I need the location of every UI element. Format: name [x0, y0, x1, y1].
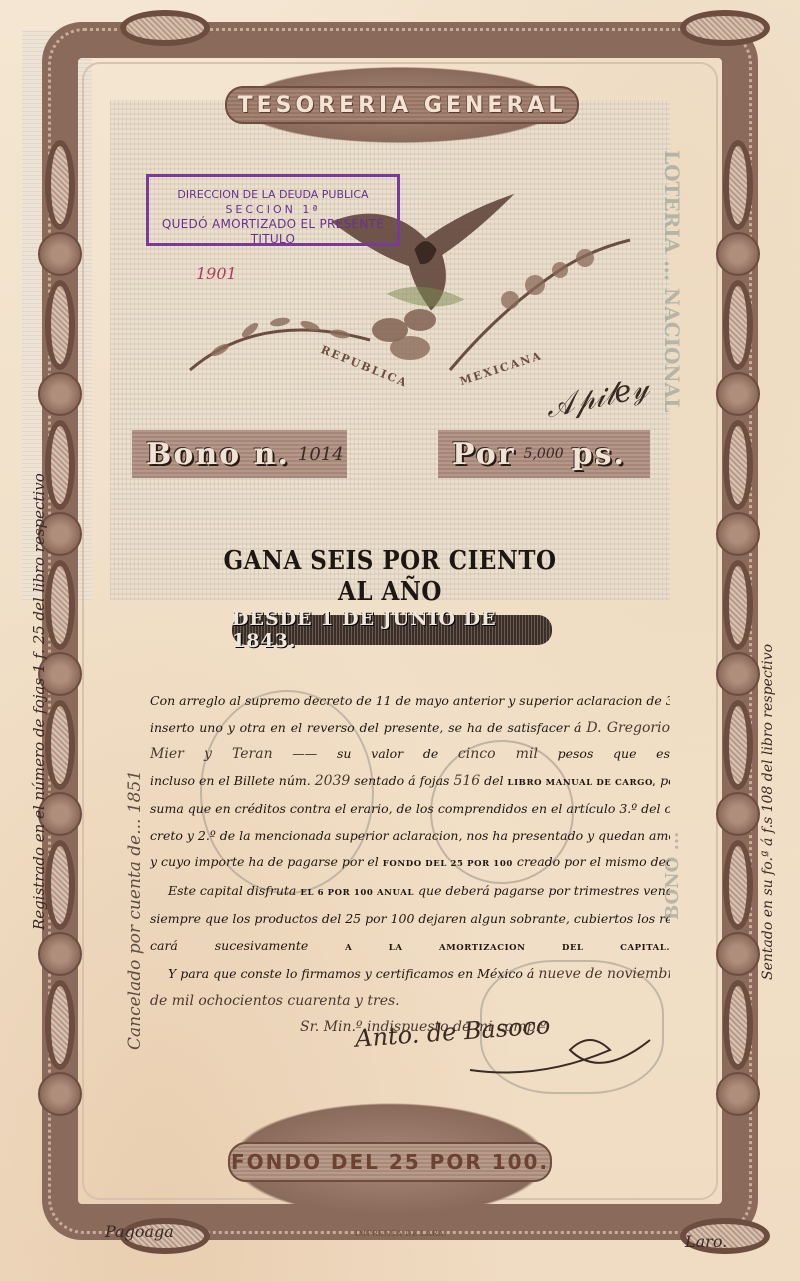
border-oval-ornament: [723, 980, 753, 1070]
body-line: suma que en créditos contra el erario, d…: [150, 796, 670, 823]
signature-bottom-left: Pagoaga: [105, 1222, 174, 1241]
bond-number-label: Bono n.: [146, 437, 290, 472]
printed-text: y cuyo importe ha de pagarse por el: [150, 854, 383, 869]
printed-text: —— su valor de: [273, 746, 458, 761]
small-caps-text: EL 6 POR 100 ANUAL: [300, 888, 414, 898]
amount-panel: Por 5,000 ps.: [438, 430, 650, 478]
printed-text: pesos que es: [538, 746, 670, 761]
printed-text: que deberá pagarse por trimestres vencid…: [414, 883, 670, 898]
watermark-vertical-upper: LOTERIA ... NACIONAL: [660, 150, 684, 570]
interest-heading: GANA SEIS POR CIENTO AL AÑO: [205, 545, 575, 607]
printed-text: y superior aclaracion de 31 del mismo,: [504, 693, 670, 708]
border-oval-ornament: [45, 280, 75, 370]
border-oval-ornament: [723, 840, 753, 930]
body-line: siempre que los productos del 25 por 100…: [150, 906, 670, 933]
printer-imprint: IMPRENTA DE LARA.: [355, 1229, 447, 1238]
margin-note-left: Registrado en el número de fojas 1 f. 25…: [30, 370, 48, 930]
small-caps-text: A LA AMORTIZACION DEL CAPITAL.: [345, 943, 670, 953]
handwritten-entry: nueve de noviembre: [538, 966, 670, 982]
body-line: Este capital disfruta EL 6 POR 100 ANUAL…: [150, 878, 670, 907]
border-oval-ornament: [45, 420, 75, 510]
border-oval-ornament: [723, 280, 753, 370]
border-knot-ornament: [716, 932, 760, 976]
signature-bottom-right: Laro.: [685, 1232, 727, 1251]
bond-body-text: Con arreglo al supremo decreto de 11 de …: [150, 688, 670, 1041]
signature-flourish-icon: [460, 1010, 660, 1090]
printed-text: siempre que los productos del 25 por 100…: [150, 911, 670, 926]
footer-title: FONDO DEL 25 POR 100.: [231, 1150, 549, 1174]
body-line: Y para que conste lo firmamos y certific…: [150, 961, 670, 988]
amount-suffix: ps.: [572, 437, 626, 472]
border-knot-ornament: [716, 512, 760, 556]
body-line: Con arreglo al supremo decreto de 11 de …: [150, 688, 670, 715]
border-oval-ornament: [680, 10, 770, 46]
border-knot-ornament: [38, 932, 82, 976]
handwritten-entry: 2039: [315, 773, 351, 789]
handwritten-entry: 516: [453, 773, 480, 789]
stamp-handwritten-number: 1901: [196, 264, 237, 283]
border-knot-ornament: [38, 232, 82, 276]
border-oval-ornament: [723, 420, 753, 510]
bond-number-value: 1014: [298, 444, 344, 465]
header-banner: TESORERIA GENERAL: [225, 86, 579, 124]
printed-text: suma que en créditos contra el erario, d…: [150, 801, 670, 816]
stamp-line-2: SECCION 1ª: [149, 202, 397, 217]
date-banner-text: DESDE 1 DE JUNIO DE 1843.: [232, 608, 552, 652]
small-caps-text: FONDO DEL 25 POR 100: [383, 859, 513, 869]
border-oval-ornament: [723, 560, 753, 650]
printed-text: creto y 2.º de la mencionada superior ac…: [150, 828, 670, 843]
border-oval-ornament: [45, 980, 75, 1070]
body-line: cará sucesivamente A LA AMORTIZACION DEL…: [150, 933, 670, 962]
margin-note-right: Sentado en su fo.ª á f.s 108 del libro r…: [760, 420, 776, 980]
handwritten-entry: cinco mil: [458, 746, 538, 762]
stamp-line-3: QUEDÓ AMORTIZADO EL PRESENTE TITULO: [149, 217, 397, 247]
border-knot-ornament: [716, 372, 760, 416]
header-title: TESORERIA GENERAL: [238, 93, 567, 118]
small-caps-text: LIBRO MANUAL DE CARGO,: [508, 778, 657, 788]
border-knot-ornament: [716, 1072, 760, 1116]
printed-text: Con arreglo al supremo decreto de 11 de …: [150, 693, 504, 708]
margin-note-left-inner: Cancelado por cuenta de... 1851: [125, 150, 145, 1050]
printed-text: Este capital disfruta: [168, 883, 300, 898]
body-line: incluso en el Billete núm. 2039 sentado …: [150, 768, 670, 797]
body-line: inserto uno y otra en el reverso del pre…: [150, 715, 670, 742]
border-oval-ornament: [45, 840, 75, 930]
watermark-vertical-lower: BONO ...: [662, 780, 683, 920]
border-oval-ornament: [723, 140, 753, 230]
printed-text: sentado á fojas: [350, 773, 453, 788]
handwritten-entry: D. Gregorio: [586, 720, 670, 736]
body-line: Mier y Teran —— su valor de cinco mil pe…: [150, 741, 670, 768]
border-oval-ornament: [45, 140, 75, 230]
amount-value: 5,000: [524, 446, 564, 462]
border-knot-ornament: [716, 652, 760, 696]
cancellation-stamp: DIRECCION DE LA DEUDA PUBLICA SECCION 1ª…: [146, 174, 400, 246]
footer-banner: FONDO DEL 25 POR 100.: [228, 1142, 552, 1182]
date-banner: DESDE 1 DE JUNIO DE 1843.: [232, 615, 552, 645]
printed-text: inserto uno y otra en el reverso del pre…: [150, 720, 586, 735]
border-knot-ornament: [38, 1072, 82, 1116]
body-line: y cuyo importe ha de pagarse por el FOND…: [150, 849, 670, 878]
printed-text: creado por el mismo decreto.: [513, 854, 670, 869]
border-oval-ornament: [120, 10, 210, 46]
body-line: creto y 2.º de la mencionada superior ac…: [150, 823, 670, 850]
border-knot-ornament: [716, 792, 760, 836]
printed-text: cará sucesivamente: [150, 938, 345, 953]
amount-label: Por: [452, 437, 516, 472]
border-oval-ornament: [45, 560, 75, 650]
printed-text: incluso en el Billete núm.: [150, 773, 315, 788]
border-oval-ornament: [723, 700, 753, 790]
printed-text: del: [480, 773, 507, 788]
border-oval-ornament: [45, 700, 75, 790]
stamp-line-1: DIRECCION DE LA DEUDA PUBLICA: [149, 187, 397, 202]
border-knot-ornament: [716, 232, 760, 276]
nopal-cactus-icon: [350, 290, 470, 370]
printed-text: Y para que conste lo firmamos y certific…: [168, 966, 538, 981]
handwritten-entry: de mil ochocientos cuarenta y tres.: [150, 993, 400, 1009]
bond-number-panel: Bono n. 1014: [132, 430, 347, 478]
handwritten-entry: Mier y Teran: [150, 746, 273, 762]
